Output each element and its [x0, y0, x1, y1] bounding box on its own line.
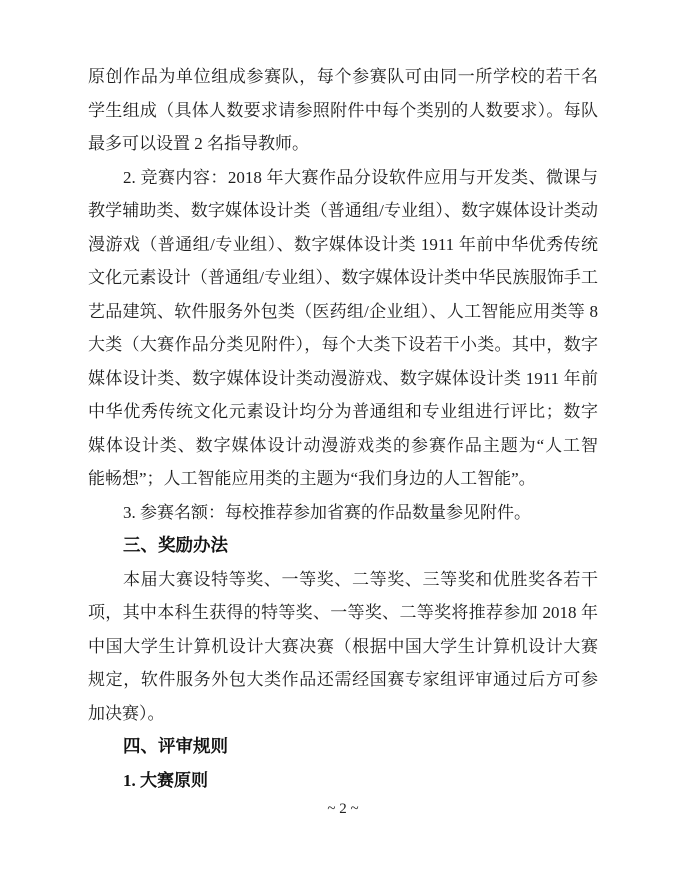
section-heading-review-rules: 四、评审规则	[88, 730, 598, 764]
text-line: 原创作品为单位组成参赛队，每个参赛队可由同一所学校的若干名	[88, 60, 598, 94]
text-line: 媒体设计类、数字媒体设计动漫游戏类的参赛作品主题为“人工智	[88, 429, 598, 463]
text-line: 中华优秀传统文化元素设计均分为普通组和专业组进行评比；数字	[88, 395, 598, 429]
document-body: 原创作品为单位组成参赛队，每个参赛队可由同一所学校的若干名 学生组成（具体人数要…	[88, 60, 598, 797]
text-line: 能畅想”；人工智能应用类的主题为“我们身边的人工智能”。	[88, 462, 598, 496]
text-line-item-2-contest-content: 2. 竞赛内容：2018 年大赛作品分设软件应用与开发类、微课与	[88, 161, 598, 195]
text-line: 文化元素设计（普通组/专业组）、数字媒体设计类中华民族服饰手工	[88, 261, 598, 295]
text-line: 项，其中本科生获得的特等奖、一等奖、二等奖将推荐参加 2018 年	[88, 596, 598, 630]
text-line-item-3-entry-quota: 3. 参赛名额：每校推荐参加省赛的作品数量参见附件。	[88, 496, 598, 530]
text-line: 学生组成（具体人数要求请参照附件中每个类别的人数要求）。每队	[88, 94, 598, 128]
text-line: 大类（大赛作品分类见附件），每个大类下设若干小类。其中，数字	[88, 328, 598, 362]
text-line: 最多可以设置 2 名指导教师。	[88, 127, 598, 161]
text-line: 规定，软件服务外包大类作品还需经国赛专家组评审通过后方可参	[88, 663, 598, 697]
subsection-heading-contest-principles: 1. 大赛原则	[88, 764, 598, 798]
section-heading-awards: 三、奖励办法	[88, 529, 598, 563]
text-line: 教学辅助类、数字媒体设计类（普通组/专业组）、数字媒体设计类动	[88, 194, 598, 228]
text-line: 媒体设计类、数字媒体设计类动漫游戏、数字媒体设计类 1911 年前	[88, 362, 598, 396]
page-number: ~ 2 ~	[88, 801, 598, 818]
document-page: 原创作品为单位组成参赛队，每个参赛队可由同一所学校的若干名 学生组成（具体人数要…	[0, 0, 680, 881]
text-line: 漫游戏（普通组/专业组）、数字媒体设计类 1911 年前中华优秀传统	[88, 228, 598, 262]
text-line: 加决赛）。	[88, 697, 598, 731]
text-line: 本届大赛设特等奖、一等奖、二等奖、三等奖和优胜奖各若干	[88, 563, 598, 597]
text-line: 中国大学生计算机设计大赛决赛（根据中国大学生计算机设计大赛	[88, 630, 598, 664]
text-line: 艺品建筑、软件服务外包类（医药组/企业组）、人工智能应用类等 8	[88, 295, 598, 329]
